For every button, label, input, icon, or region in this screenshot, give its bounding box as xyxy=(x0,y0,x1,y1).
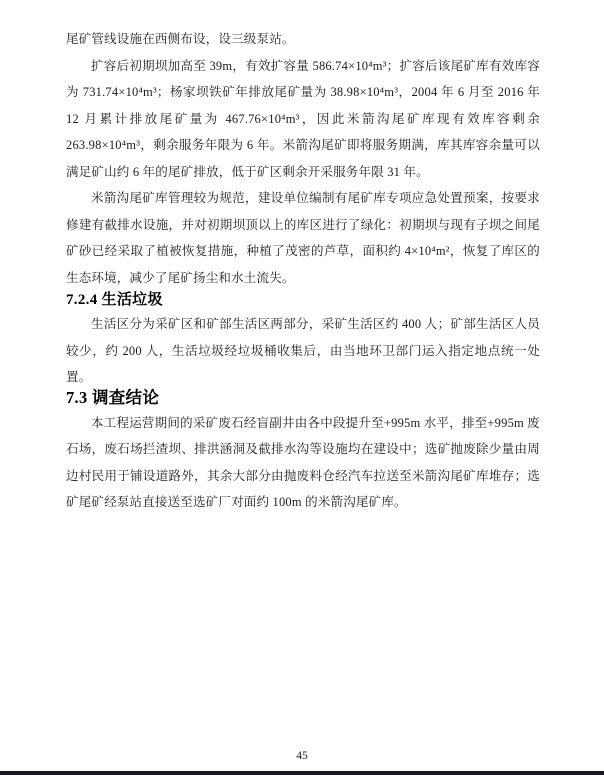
paragraph-dam-capacity: 扩容后初期坝加高至 39m，有效扩容量 586.74×10⁴m³；扩容后该尾矿库… xyxy=(66,53,540,186)
section-heading-7-3: 7.3 调查结论 xyxy=(66,385,540,410)
paragraph-tailings-management: 米箭沟尾矿库管理较为规范，建设单位编制有尾矿库专项应急处置预案，按要求修建有截排… xyxy=(66,185,540,291)
paragraph-survey-conclusion: 本工程运营期间的采矿废石经盲副井由各中段提升至+995m 水平，排至+995m … xyxy=(66,410,540,516)
paragraph-tailings-pipeline: 尾矿管线设施在西侧布设，设三级泵站。 xyxy=(66,26,540,53)
page-number: 45 xyxy=(0,750,604,762)
window-bottom-edge xyxy=(0,771,604,775)
document-page: 尾矿管线设施在西侧布设，设三级泵站。 扩容后初期坝加高至 39m，有效扩容量 5… xyxy=(0,0,604,777)
section-heading-7-2-4: 7.2.4 生活垃圾 xyxy=(66,288,540,312)
paragraph-domestic-waste: 生活区分为采矿区和矿部生活区两部分，采矿生活区约 400 人；矿部生活区人员较少… xyxy=(66,311,540,391)
document-content: 尾矿管线设施在西侧布设，设三级泵站。 扩容后初期坝加高至 39m，有效扩容量 5… xyxy=(0,0,604,516)
